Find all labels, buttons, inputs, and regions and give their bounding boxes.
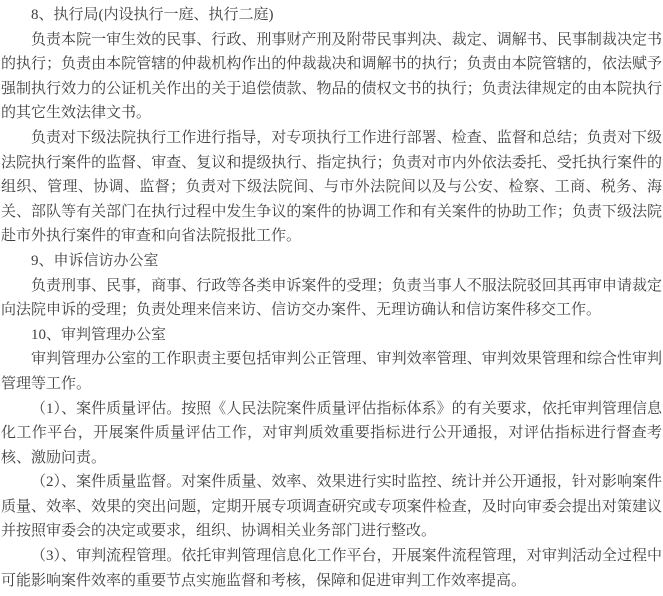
- section-heading-petition-office: 9、申诉信访办公室: [1, 249, 662, 274]
- document-page: 8、执行局(内设执行一庭、执行二庭) 负责本院一审生效的民事、行政、刑事财产刑及…: [0, 0, 663, 596]
- execution-bureau-duty-enforcement: 负责本院一审生效的民事、行政、刑事财产刑及附带民事判决、裁定、调解书、民事制裁决…: [1, 28, 662, 126]
- item-3-trial-process-management: （3）、审判流程管理。依托审判管理信息化工作平台，开展案件流程管理，对审判活动全…: [1, 544, 662, 593]
- execution-bureau-duty-supervision: 负责对下级法院执行工作进行指导，对专项执行工作进行部署、检查、监督和总结；负责对…: [1, 126, 662, 249]
- section-heading-execution-bureau: 8、执行局(内设执行一庭、执行二庭): [1, 3, 662, 28]
- petition-office-duties: 负责刑事、民事，商事、行政等各类申诉案件的受理；负责当事人不服法院驳回其再审申请…: [1, 274, 662, 323]
- trial-management-overview: 审判管理办公室的工作职责主要包括审判公正管理、审判效率管理、审判效果管理和综合性…: [1, 347, 662, 396]
- item-1-case-quality-assessment: （1）、案件质量评估。按照《人民法院案件质量评估指标体系》的有关要求，依托审判管…: [1, 397, 662, 471]
- item-2-case-quality-supervision: （2）、案件质量监督。对案件质量、效率、效果进行实时监控、统计并公开通报，针对影…: [1, 470, 662, 544]
- section-heading-trial-management-office: 10、审判管理办公室: [1, 323, 662, 348]
